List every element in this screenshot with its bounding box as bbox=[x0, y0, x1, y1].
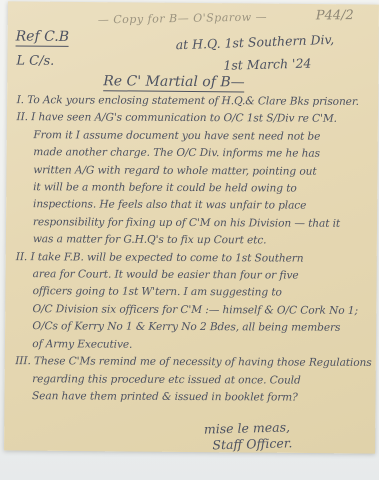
pencil-annotation: — Copy for B— O'Sparow — bbox=[98, 10, 267, 26]
body-line: of Army Executive. bbox=[15, 336, 375, 355]
body-line: inspections. He feels also that it was u… bbox=[16, 197, 376, 216]
body-line: made another charge. The O/C Div. inform… bbox=[16, 144, 376, 163]
closing-block: mise le meas, Staff Officer. bbox=[202, 419, 293, 452]
body-line: I. To Ack yours enclosing statement of H… bbox=[17, 92, 377, 111]
body-line: Sean have them printed & issued in bookl… bbox=[15, 388, 375, 407]
signature: Staff Officer. bbox=[202, 435, 292, 452]
body-line: regarding this procedure etc issued at o… bbox=[15, 371, 375, 390]
ref-code-secondary: L C/s. bbox=[16, 53, 54, 68]
letter-paper: — Copy for B— O'Sparow — P44/2 Ref C.B L… bbox=[4, 1, 379, 453]
date-line: 1st March '24 bbox=[223, 56, 311, 73]
body-line: From it I assume document you have sent … bbox=[16, 127, 376, 146]
valediction: mise le meas, bbox=[202, 419, 292, 436]
scan-background: — Copy for B— O'Sparow — P44/2 Ref C.B L… bbox=[0, 0, 379, 480]
letter-body: I. To Ack yours enclosing statement of H… bbox=[15, 92, 377, 407]
body-line: responsibility for fixing up of C'M on h… bbox=[16, 214, 376, 233]
body-line: area for Court. It would be easier than … bbox=[16, 266, 376, 285]
body-line: II. I have seen A/G's communication to O… bbox=[16, 110, 376, 129]
ref-code: Ref C.B bbox=[16, 28, 70, 46]
address-line: at H.Q. 1st Southern Div, bbox=[175, 32, 334, 53]
body-line: it will be a month before it could be he… bbox=[16, 179, 376, 198]
body-line: O/C Division six officers for C'M :— him… bbox=[15, 301, 375, 320]
body-line: O/Cs of Kerry No 1 & Kerry No 2 Bdes, al… bbox=[15, 318, 375, 337]
body-line: was a matter for G.H.Q's to fix up Court… bbox=[16, 231, 376, 250]
subject-title: Re C' Martial of B— bbox=[103, 73, 245, 92]
body-line: officers going to 1st W'tern. I am sugge… bbox=[16, 284, 376, 303]
body-line: II. I take F.B. will be expected to come… bbox=[16, 249, 376, 268]
archive-reference: P44/2 bbox=[316, 8, 354, 23]
body-line: III. These C'Ms remind me of necessity o… bbox=[15, 353, 375, 372]
body-line: written A/G with regard to whole matter,… bbox=[16, 162, 376, 181]
